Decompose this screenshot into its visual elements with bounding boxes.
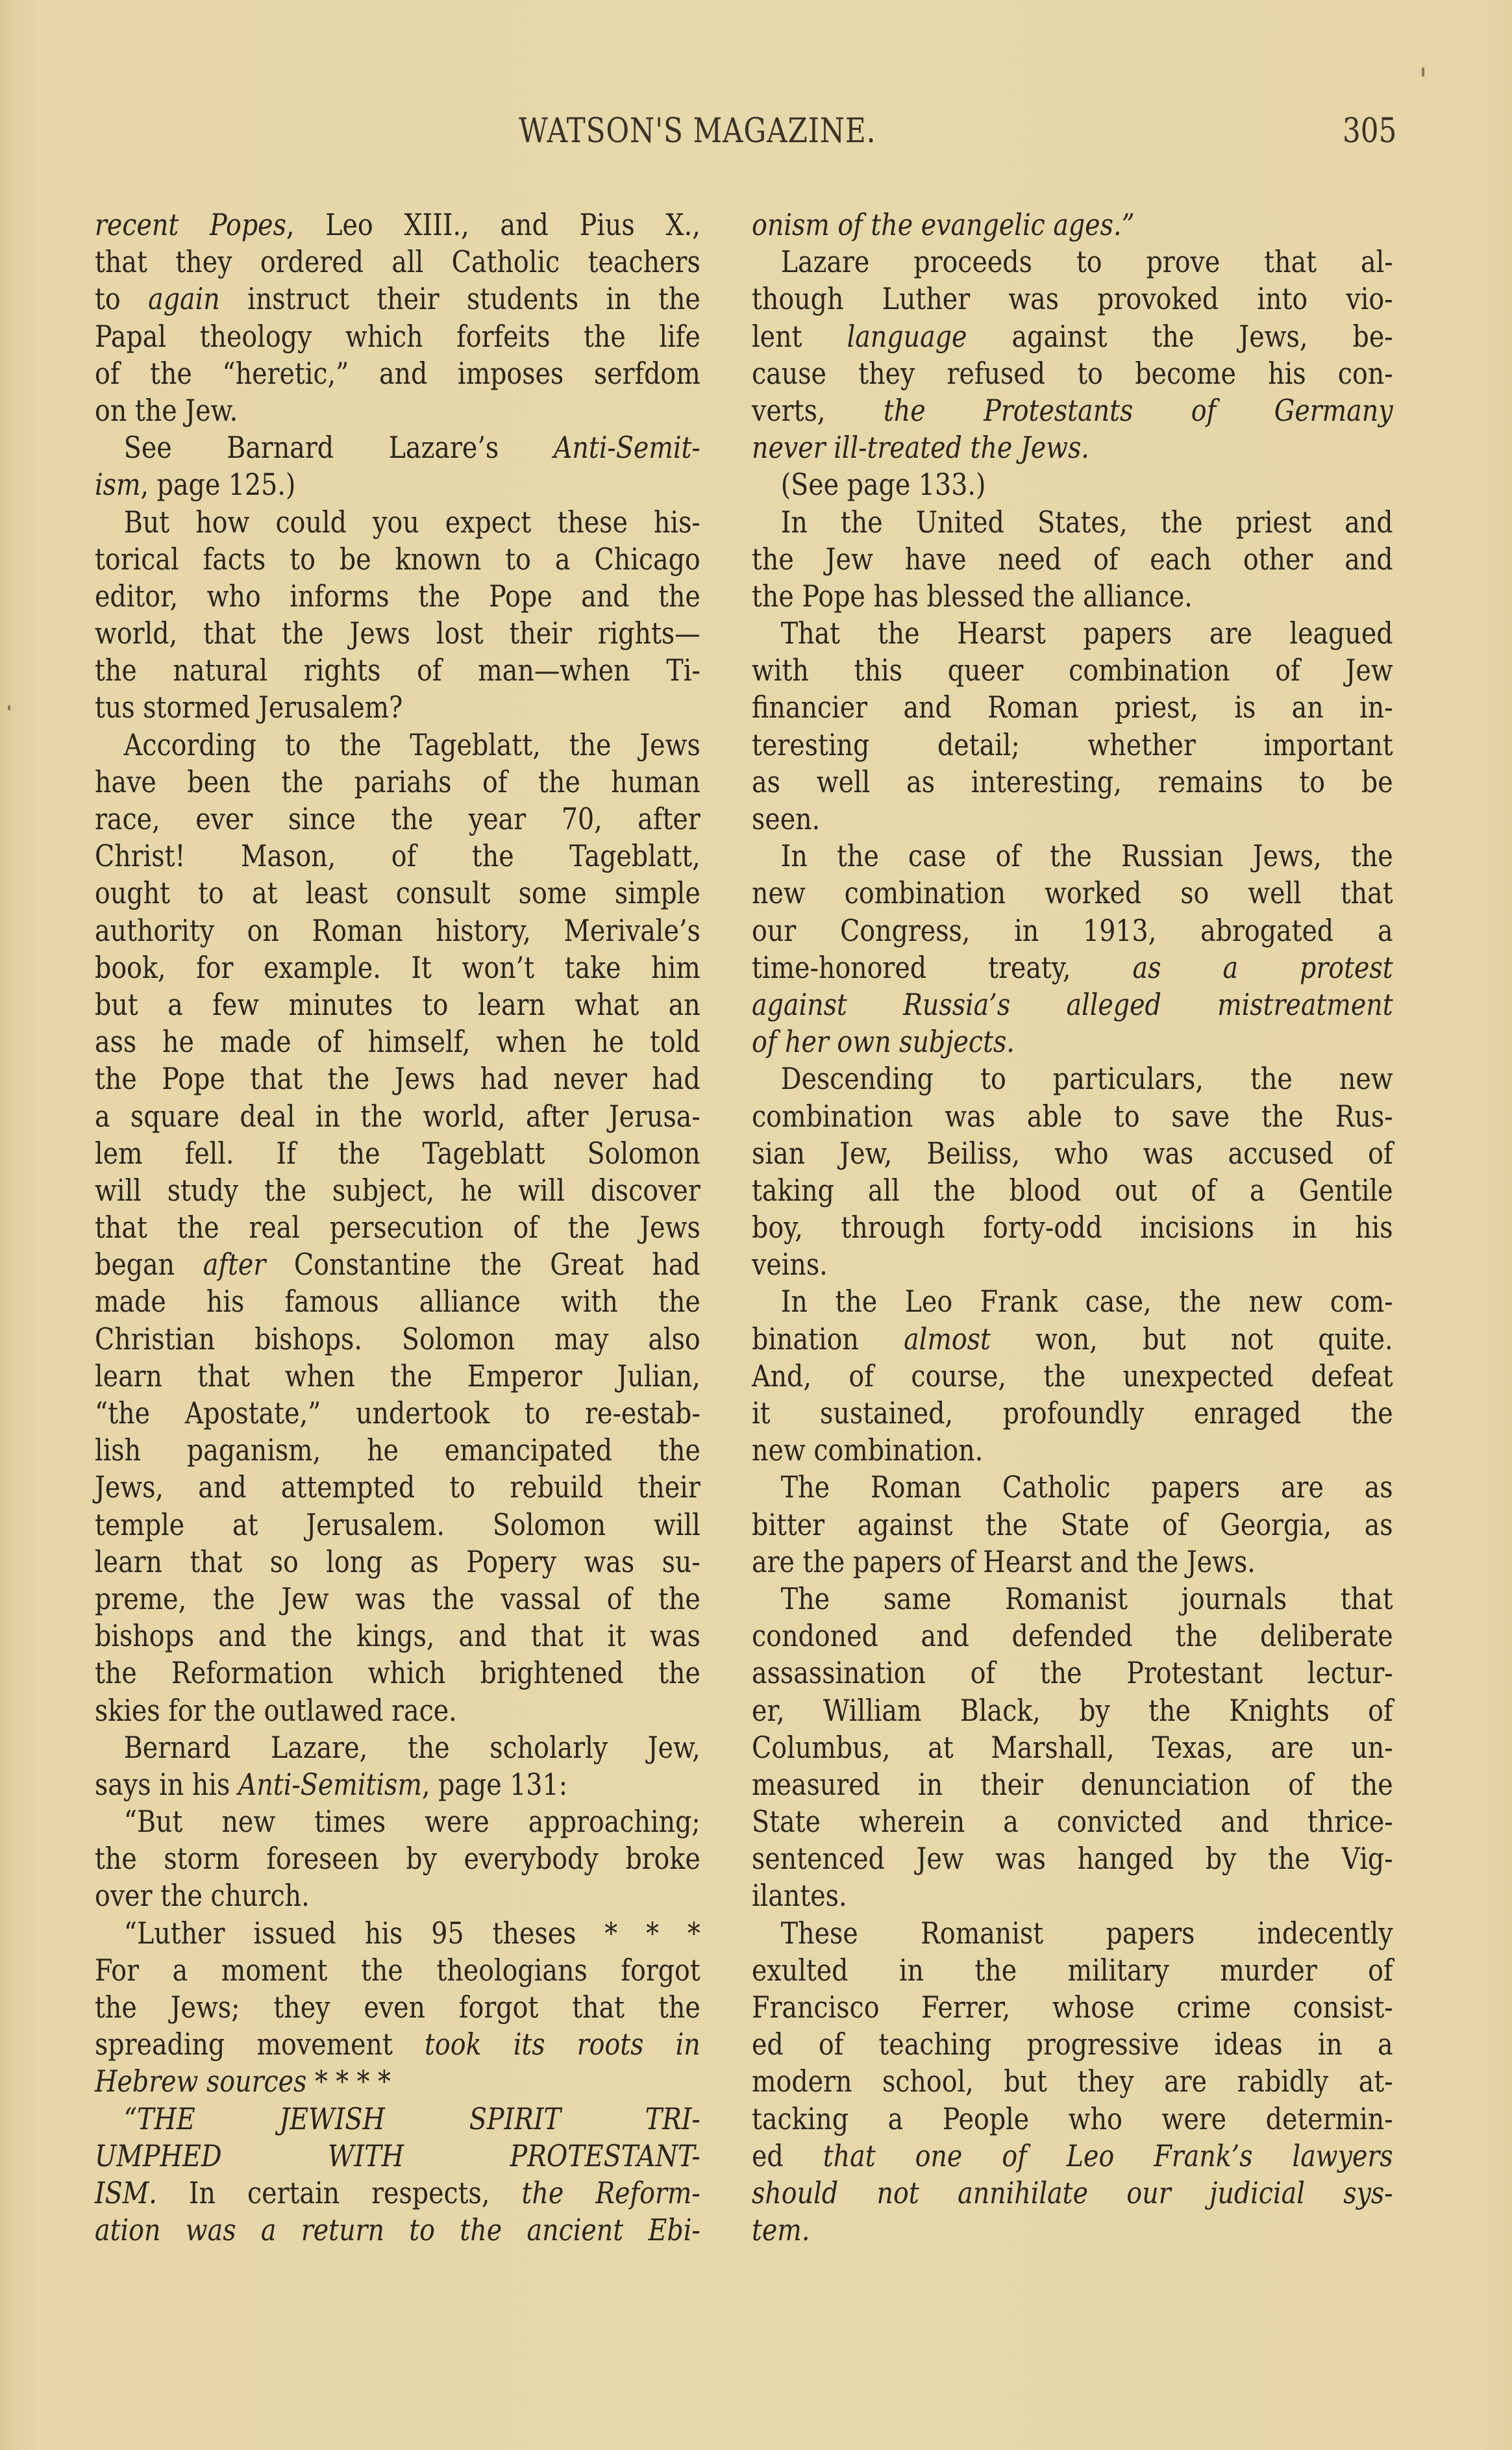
text-line: against Russia’s alleged mistreatment <box>752 986 1393 1023</box>
text-run: (See page 133.) <box>781 467 986 502</box>
text-line: ISM. In certain respects, the Reform- <box>95 2175 700 2212</box>
text-run: but a few minutes to learn what an <box>95 987 700 1022</box>
text-line: In the United States, the priest and <box>752 504 1393 541</box>
text-line: the Jew have need of each other and <box>752 541 1393 578</box>
text-run: the Pope has blessed the alliance. <box>752 579 1193 614</box>
text-run: though Luther was provoked into vio- <box>752 281 1393 316</box>
text-line: State wherein a convicted and thrice- <box>752 1803 1393 1840</box>
text-line: the natural rights of man—when Ti- <box>95 652 700 689</box>
text-run: “Luther issued his 95 theses * * * <box>124 1916 700 1951</box>
text-line: lem fell. If the Tageblatt Solomon <box>95 1135 700 1172</box>
text-run: began <box>95 1247 203 1282</box>
italic-text: ism <box>95 467 140 502</box>
italic-text: as a protest <box>1133 950 1393 985</box>
text-line: race, ever since the year 70, after <box>95 801 700 838</box>
text-line: veins. <box>752 1246 1393 1283</box>
text-line: financier and Roman priest, is an in- <box>752 689 1393 726</box>
text-run: of the “heretic,” and imposes serfdom <box>95 356 700 391</box>
text-run: won, but not quite. <box>991 1321 1393 1356</box>
text-line: Lazare proceeds to prove that al- <box>752 244 1393 281</box>
text-run: And, of course, the unexpected defeat <box>752 1358 1393 1394</box>
text-line: Christ! Mason, of the Tageblatt, <box>95 838 700 875</box>
text-run: Papal theology which forfeits the life <box>95 319 700 354</box>
text-line: That the Hearst papers are leagued <box>752 615 1393 652</box>
text-line: ation was a return to the ancient Ebi- <box>95 2212 700 2249</box>
text-line: of her own subjects. <box>752 1023 1393 1060</box>
text-run: ilantes. <box>752 1878 847 1913</box>
text-line: that the real persecution of the Jews <box>95 1209 700 1246</box>
text-run: Christ! Mason, of the Tageblatt, <box>95 838 700 873</box>
text-run: See Barnard Lazare’s <box>124 430 554 465</box>
text-line: tem. <box>752 2212 1393 2249</box>
text-line: new combination worked so well that <box>752 875 1393 912</box>
text-run: new combination. <box>752 1432 983 1468</box>
text-line: According to the Tageblatt, the Jews <box>95 727 700 764</box>
text-line: lent language against the Jews, be- <box>752 318 1393 355</box>
text-line: ed of teaching progressive ideas in a <box>752 2026 1393 2063</box>
text-run: with this queer combination of Jew <box>752 653 1393 688</box>
text-run: spreading movement <box>95 2027 425 2062</box>
text-line: never ill-treated the Jews. <box>752 429 1393 466</box>
text-line: the Pope that the Jews had never had <box>95 1060 700 1097</box>
text-line: But how could you expect these his- <box>95 504 700 541</box>
text-line: modern school, but they are rabidly at- <box>752 2063 1393 2100</box>
text-line: to again instruct their students in the <box>95 281 700 318</box>
text-line: but a few minutes to learn what an <box>95 986 700 1023</box>
text-run: Christian bishops. Solomon may also <box>95 1321 700 1356</box>
text-run: Jews, and attempted to rebuild their <box>95 1469 700 1505</box>
text-run: torical facts to be known to a Chicago <box>95 542 700 577</box>
text-run: In the United States, the priest and <box>781 505 1393 540</box>
text-run: learn that so long as Popery was su- <box>95 1544 700 1579</box>
text-run: modern school, but they are rabidly at- <box>752 2064 1393 2099</box>
text-run: , page 131: <box>422 1767 567 1802</box>
italic-text: Anti-Semitism <box>238 1767 422 1802</box>
text-line: “the Apostate,” undertook to re-estab- <box>95 1395 700 1432</box>
text-line: spreading movement took its roots in <box>95 2026 700 2063</box>
italic-text: ISM. <box>95 2175 157 2210</box>
text-run: are the papers of Hearst and the Jews. <box>752 1544 1256 1579</box>
text-line: began after Constantine the Great had <box>95 1246 700 1283</box>
text-run: the Pope that the Jews had never had <box>95 1061 700 1096</box>
text-run: “But new times were approaching; <box>124 1804 700 1839</box>
text-run: lish paganism, he emancipated the <box>95 1432 700 1468</box>
text-line: world, that the Jews lost their rights— <box>95 615 700 652</box>
text-run: For a moment the theologians forgot <box>95 1953 700 1988</box>
text-line: The Roman Catholic papers are as <box>752 1469 1393 1506</box>
text-run: condoned and defended the deliberate <box>752 1618 1393 1653</box>
text-run: er, William Black, by the Knights of <box>752 1693 1393 1728</box>
text-line: torical facts to be known to a Chicago <box>95 541 700 578</box>
text-run: assassination of the Protestant lectur- <box>752 1655 1393 1690</box>
text-line: new combination. <box>752 1432 1393 1469</box>
italic-text: against Russia’s alleged mistreatment <box>752 987 1393 1022</box>
margin-mark <box>8 705 10 710</box>
text-line: er, William Black, by the Knights of <box>752 1692 1393 1729</box>
text-line: that they ordered all Catholic teachers <box>95 244 700 281</box>
text-line: taking all the blood out of a Gentile <box>752 1172 1393 1209</box>
text-run: But how could you expect these his- <box>124 505 700 540</box>
text-line: Francisco Ferrer, whose crime consist- <box>752 1989 1393 2026</box>
text-line: Descending to particulars, the new <box>752 1060 1393 1097</box>
text-line: “But new times were approaching; <box>95 1803 700 1840</box>
text-line: are the papers of Hearst and the Jews. <box>752 1544 1393 1581</box>
text-run: says in his <box>95 1767 238 1802</box>
text-run: race, ever since the year 70, after <box>95 801 700 836</box>
text-line: ass he made of himself, when he told <box>95 1023 700 1060</box>
text-run: tus stormed Jerusalem? <box>95 690 403 725</box>
text-run: verts, <box>752 393 884 428</box>
text-run: the Reformation which brightened the <box>95 1655 700 1690</box>
text-run: learn that when the Emperor Julian, <box>95 1358 700 1394</box>
text-run: to <box>95 281 148 316</box>
running-title: WATSON'S MAGAZINE. <box>490 112 904 151</box>
text-line: These Romanist papers indecently <box>752 1915 1393 1952</box>
text-line: boy, through forty-odd incisions in his <box>752 1209 1393 1246</box>
page-header: WATSON'S MAGAZINE. 305 <box>0 112 1512 157</box>
text-line: measured in their denunciation of the <box>752 1766 1393 1803</box>
text-run: The same Romanist journals that <box>781 1581 1393 1616</box>
text-run: teresting detail; whether important <box>752 727 1393 762</box>
italic-text: never ill-treated the Jews. <box>752 430 1089 465</box>
text-line: tacking a People who were determin- <box>752 2101 1393 2138</box>
text-run: bishops and the kings, and that it was <box>95 1618 700 1653</box>
text-run: world, that the Jews lost their rights— <box>95 616 700 651</box>
italic-text: recent Popes <box>95 207 286 242</box>
text-run: the natural rights of man—when Ti- <box>95 653 700 688</box>
text-run: , page 125.) <box>140 467 295 502</box>
italic-text: language <box>847 319 967 354</box>
text-run: preme, the Jew was the vassal of the <box>95 1581 700 1616</box>
text-run: Bernard Lazare, the scholarly Jew, <box>124 1730 700 1765</box>
text-run: new combination worked so well that <box>752 875 1393 910</box>
text-run: , Leo XIII., and Pius X., <box>286 207 700 242</box>
italic-text: Hebrew sources <box>95 2064 306 2099</box>
text-run: over the church. <box>95 1878 310 1913</box>
text-line: (See page 133.) <box>752 466 1393 503</box>
text-line: our Congress, in 1913, abrogated a <box>752 912 1393 949</box>
text-line: lish paganism, he emancipated the <box>95 1432 700 1469</box>
text-run: against the Jews, be- <box>967 319 1393 354</box>
text-run: ed <box>752 2138 823 2173</box>
text-line: ed that one of Leo Frank’s lawyers <box>752 2138 1393 2175</box>
text-line: Columbus, at Marshall, Texas, are un- <box>752 1729 1393 1766</box>
text-line: tus stormed Jerusalem? <box>95 689 700 726</box>
italic-text: UMPHED WITH PROTESTANT- <box>95 2138 700 2173</box>
text-run: measured in their denunciation of the <box>752 1767 1393 1802</box>
text-line: onism of the evangelic ages.” <box>752 206 1393 244</box>
text-run: on the Jew. <box>95 393 238 428</box>
text-run: lem fell. If the Tageblatt Solomon <box>95 1136 700 1171</box>
text-run: sian Jew, Beiliss, who was accused of <box>752 1136 1393 1171</box>
text-run: have been the pariahs of the human <box>95 764 700 799</box>
text-line: editor, who informs the Pope and the <box>95 578 700 615</box>
text-run: a square deal in the world, after Jerusa… <box>95 1099 700 1134</box>
text-run: will study the subject, he will discover <box>95 1173 700 1208</box>
text-run: that they ordered all Catholic teachers <box>95 244 700 279</box>
text-run: our Congress, in 1913, abrogated a <box>752 913 1393 948</box>
text-line: though Luther was provoked into vio- <box>752 281 1393 318</box>
text-line: UMPHED WITH PROTESTANT- <box>95 2138 700 2175</box>
text-line: assassination of the Protestant lectur- <box>752 1655 1393 1692</box>
text-line: Hebrew sources * * * * <box>95 2063 700 2100</box>
text-run: authority on Roman history, Merivale’s <box>95 913 700 948</box>
text-line: ism, page 125.) <box>95 466 700 503</box>
text-run: that the real persecution of the Jews <box>95 1210 700 1245</box>
text-line: the storm foreseen by everybody broke <box>95 1840 700 1877</box>
text-run: ought to at least consult some simple <box>95 875 700 910</box>
italic-text: onism of the evangelic ages.” <box>752 207 1135 242</box>
italic-text: again <box>148 281 220 316</box>
text-run: cause they refused to become his con- <box>752 356 1393 391</box>
text-run: combination was able to save the Rus- <box>752 1099 1393 1134</box>
text-run: taking all the blood out of a Gentile <box>752 1173 1393 1208</box>
text-run: That the Hearst papers are leagued <box>781 616 1393 651</box>
text-line: condoned and defended the deliberate <box>752 1618 1393 1655</box>
text-run: bination <box>752 1321 904 1356</box>
italic-text: after <box>203 1247 266 1282</box>
text-run: as well as interesting, remains to be <box>752 764 1393 799</box>
italic-text: the Protestants of Germany <box>884 393 1393 428</box>
text-line: the Reformation which brightened the <box>95 1655 700 1692</box>
text-line: will study the subject, he will discover <box>95 1172 700 1209</box>
text-line: cause they refused to become his con- <box>752 355 1393 392</box>
text-run: Francisco Ferrer, whose crime consist- <box>752 1990 1393 2025</box>
text-line: In the Leo Frank case, the new com- <box>752 1283 1393 1320</box>
italic-text: took its roots in <box>425 2027 700 2062</box>
italic-text: almost <box>904 1321 991 1356</box>
text-line: temple at Jerusalem. Solomon will <box>95 1506 700 1544</box>
text-run: Lazare proceeds to prove that al- <box>781 244 1393 279</box>
text-line: Christian bishops. Solomon may also <box>95 1321 700 1358</box>
text-line: “Luther issued his 95 theses * * * <box>95 1915 700 1952</box>
left-column: recent Popes, Leo XIII., and Pius X.,tha… <box>95 206 702 2249</box>
text-run: Descending to particulars, the new <box>781 1061 1393 1096</box>
text-run: “the Apostate,” undertook to re-estab- <box>95 1395 700 1431</box>
italic-text: Anti-Semit- <box>554 430 700 465</box>
text-line: combination was able to save the Rus- <box>752 1098 1393 1135</box>
text-line: recent Popes, Leo XIII., and Pius X., <box>95 206 700 244</box>
text-line: a square deal in the world, after Jerusa… <box>95 1098 700 1135</box>
text-line: on the Jew. <box>95 392 700 429</box>
text-line: of the “heretic,” and imposes serfdom <box>95 355 700 392</box>
text-run: In the case of the Russian Jews, the <box>781 838 1393 873</box>
text-line: In the case of the Russian Jews, the <box>752 838 1393 875</box>
text-run: lent <box>752 319 847 354</box>
text-line: seen. <box>752 801 1393 838</box>
text-line: the Jews; they even forgot that the <box>95 1989 700 2026</box>
text-run: financier and Roman priest, is an in- <box>752 690 1393 725</box>
text-line: made his famous alliance with the <box>95 1283 700 1320</box>
text-line: And, of course, the unexpected defeat <box>752 1358 1393 1395</box>
text-run: boy, through forty-odd incisions in his <box>752 1210 1393 1245</box>
text-run: In certain respects, <box>157 2175 522 2210</box>
italic-text: the Reform- <box>521 2175 700 2210</box>
text-line: should not annihilate our judicial sys- <box>752 2175 1393 2212</box>
page-number: 305 <box>1343 112 1396 151</box>
text-run: exulted in the military murder of <box>752 1953 1393 1988</box>
text-run: the Jew have need of each other and <box>752 542 1393 577</box>
text-run: veins. <box>752 1247 828 1282</box>
text-line: bitter against the State of Georgia, as <box>752 1506 1393 1544</box>
text-line: verts, the Protestants of Germany <box>752 392 1393 429</box>
text-line: Papal theology which forfeits the life <box>95 318 700 355</box>
text-line: sentenced Jew was hanged by the Vig- <box>752 1840 1393 1877</box>
text-run: seen. <box>752 801 820 836</box>
text-line: says in his Anti-Semitism, page 131: <box>95 1766 700 1803</box>
text-run: ed of teaching progressive ideas in a <box>752 2027 1393 2062</box>
text-run: the Jews; they even forgot that the <box>95 1990 700 2025</box>
italic-text: should not annihilate our judicial sys- <box>752 2175 1393 2210</box>
margin-mark <box>1422 68 1424 77</box>
text-line: sian Jew, Beiliss, who was accused of <box>752 1135 1393 1172</box>
text-line: The same Romanist journals that <box>752 1581 1393 1618</box>
text-line: authority on Roman history, Merivale’s <box>95 912 700 949</box>
italic-text: “THE JEWISH SPIRIT TRI- <box>124 2101 700 2136</box>
text-line: teresting detail; whether important <box>752 727 1393 764</box>
italic-text: tem. <box>752 2212 810 2247</box>
text-run: book, for example. It won’t take him <box>95 950 700 985</box>
text-line: ought to at least consult some simple <box>95 875 700 912</box>
text-run: In the Leo Frank case, the new com- <box>781 1284 1393 1319</box>
text-run: Columbus, at Marshall, Texas, are un- <box>752 1730 1393 1765</box>
text-run: skies for the outlawed race. <box>95 1693 457 1728</box>
text-run: it sustained, profoundly enraged the <box>752 1395 1393 1431</box>
text-run: time-honored treaty, <box>752 950 1133 985</box>
text-run: instruct their students in the <box>220 281 700 316</box>
text-line: as well as interesting, remains to be <box>752 764 1393 801</box>
text-line: bishops and the kings, and that it was <box>95 1618 700 1655</box>
text-line: ilantes. <box>752 1877 1393 1914</box>
text-line: have been the pariahs of the human <box>95 764 700 801</box>
text-line: preme, the Jew was the vassal of the <box>95 1581 700 1618</box>
text-run: editor, who informs the Pope and the <box>95 579 700 614</box>
text-line: For a moment the theologians forgot <box>95 1952 700 1989</box>
text-line: the Pope has blessed the alliance. <box>752 578 1393 615</box>
text-line: book, for example. It won’t take him <box>95 949 700 986</box>
right-column: onism of the evangelic ages.”Lazare proc… <box>752 206 1394 2249</box>
text-run: made his famous alliance with the <box>95 1284 700 1319</box>
text-run: the storm foreseen by everybody broke <box>95 1841 700 1876</box>
text-run: Constantine the Great had <box>266 1247 700 1282</box>
text-run: According to the Tageblatt, the Jews <box>124 727 700 762</box>
text-line: skies for the outlawed race. <box>95 1692 700 1729</box>
text-line: bination almost won, but not quite. <box>752 1321 1393 1358</box>
text-run: State wherein a convicted and thrice- <box>752 1804 1393 1839</box>
text-line: “THE JEWISH SPIRIT TRI- <box>95 2101 700 2138</box>
text-run: ass he made of himself, when he told <box>95 1024 700 1059</box>
text-line: learn that when the Emperor Julian, <box>95 1358 700 1395</box>
text-run: temple at Jerusalem. Solomon will <box>95 1507 700 1542</box>
text-run: sentenced Jew was hanged by the Vig- <box>752 1841 1393 1876</box>
text-line: exulted in the military murder of <box>752 1952 1393 1989</box>
text-line: learn that so long as Popery was su- <box>95 1544 700 1581</box>
text-line: Bernard Lazare, the scholarly Jew, <box>95 1729 700 1766</box>
italic-text: ation was a return to the ancient Ebi- <box>95 2212 700 2247</box>
text-run: * * * * <box>306 2064 390 2099</box>
italic-text: of her own subjects. <box>752 1024 1015 1059</box>
italic-text: that one of Leo Frank’s lawyers <box>823 2138 1393 2173</box>
text-run: These Romanist papers indecently <box>781 1916 1393 1951</box>
text-line: See Barnard Lazare’s Anti-Semit- <box>95 429 700 466</box>
text-line: Jews, and attempted to rebuild their <box>95 1469 700 1506</box>
text-run: tacking a People who were determin- <box>752 2101 1393 2136</box>
text-run: bitter against the State of Georgia, as <box>752 1507 1393 1542</box>
text-run: The Roman Catholic papers are as <box>781 1469 1393 1505</box>
text-line: with this queer combination of Jew <box>752 652 1393 689</box>
text-line: time-honored treaty, as a protest <box>752 949 1393 986</box>
text-line: over the church. <box>95 1877 700 1914</box>
text-line: it sustained, profoundly enraged the <box>752 1395 1393 1432</box>
